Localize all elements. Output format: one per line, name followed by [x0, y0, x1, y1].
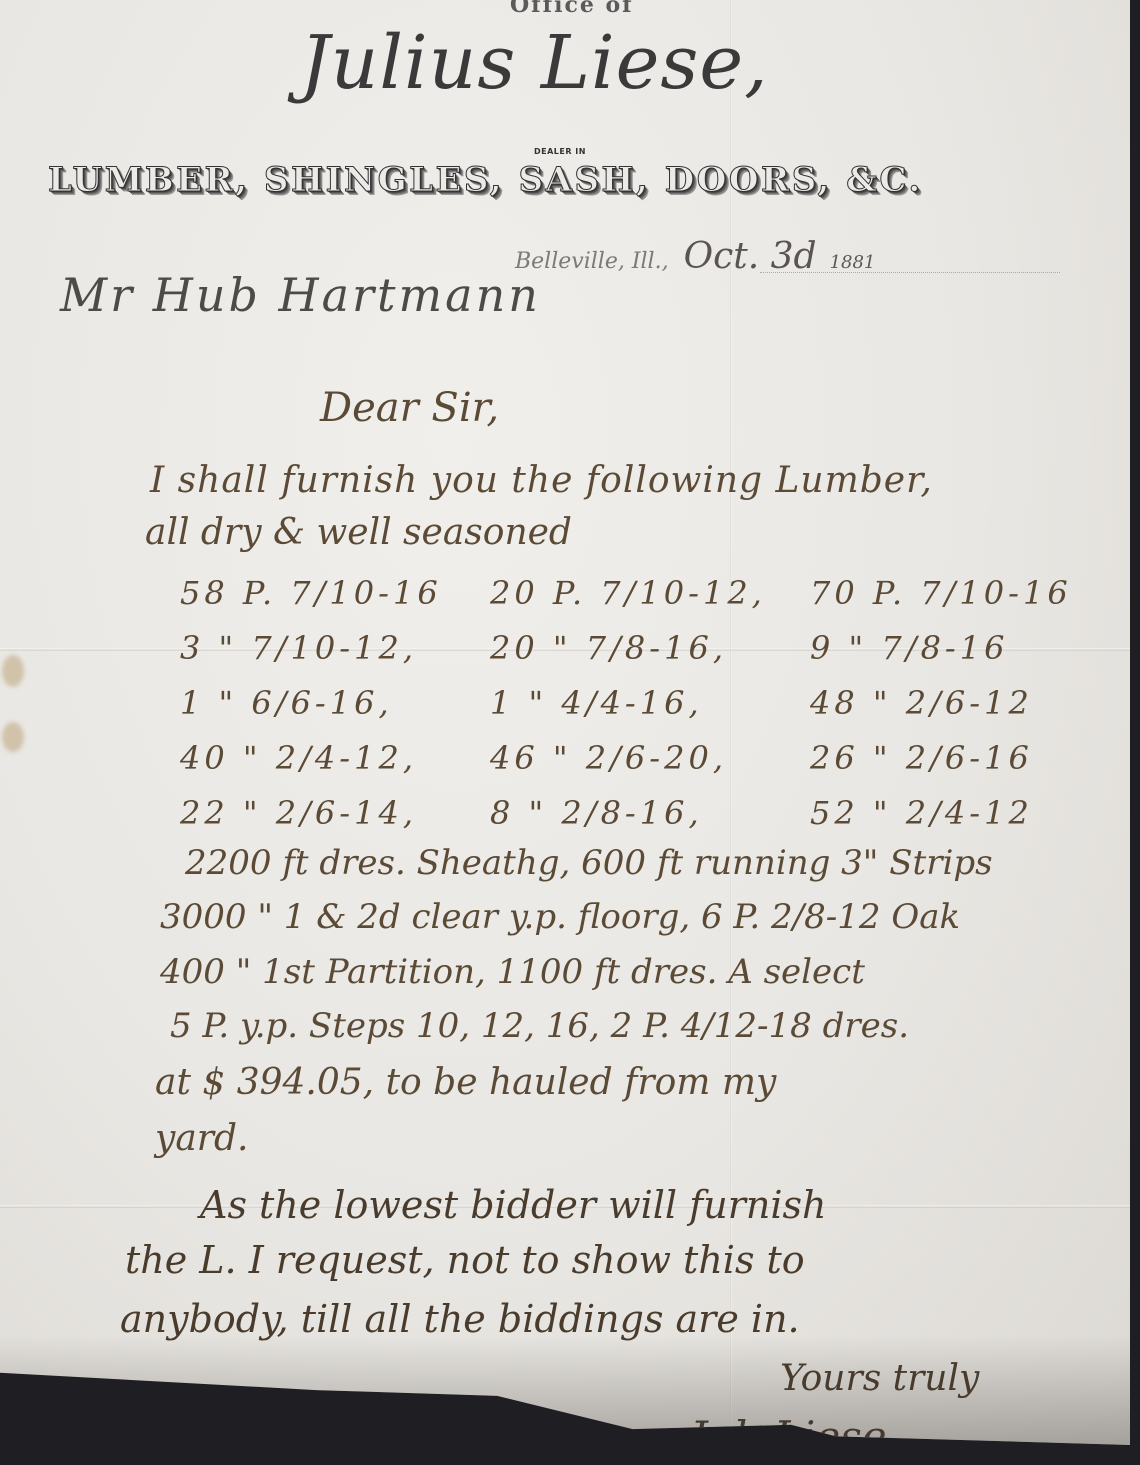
- lumber-row: 40 " 2/4-12, 46 " 2/6-20, 26 " 2/6-16: [180, 730, 1080, 785]
- lumber-item: 20 " 7/8-16,: [490, 629, 810, 667]
- detail-line: 5 P. y.p. Steps 10, 12, 16, 2 P. 4/12-18…: [170, 1006, 909, 1046]
- lumber-item: 48 " 2/6-12: [810, 684, 1080, 722]
- lumber-item: 52 " 2/4-12: [810, 794, 1080, 832]
- lumber-item: 22 " 2/6-14,: [180, 794, 490, 832]
- lumber-item: 9 " 7/8-16: [810, 629, 1080, 667]
- salutation: Dear Sir,: [320, 385, 499, 431]
- dateline-year: 1881: [830, 252, 876, 273]
- detail-line: yard.: [155, 1118, 249, 1159]
- letterhead-office-of: Office of: [510, 0, 634, 18]
- lumber-item: 3 " 7/10-12,: [180, 629, 490, 667]
- lumber-item: 1 " 6/6-16,: [180, 684, 490, 722]
- letterhead-goods: LUMBER, SHINGLES, SASH, DOORS, &C.: [48, 160, 923, 200]
- lumber-item: 20 P. 7/10-12,: [490, 574, 810, 612]
- lumber-row: 58 P. 7/10-16 20 P. 7/10-12, 70 P. 7/10-…: [180, 565, 1080, 620]
- lumber-item: 58 P. 7/10-16: [180, 574, 490, 612]
- lumber-item: 40 " 2/4-12,: [180, 739, 490, 777]
- letterhead-dealer-in: DEALER IN: [534, 147, 586, 156]
- detail-line: 400 " 1st Partition, 1100 ft dres. A sel…: [160, 952, 865, 992]
- letterhead-firm-name: Julius Liese,: [300, 20, 769, 106]
- lumber-item: 70 P. 7/10-16: [810, 574, 1080, 612]
- price-line: at $ 394.05, to be hauled from my: [155, 1062, 776, 1103]
- signature: Jul. Liese: [690, 1412, 887, 1461]
- detail-line: 2200 ft dres. Sheathg, 600 ft running 3"…: [185, 843, 993, 883]
- lumber-row: 1 " 6/6-16, 1 " 4/4-16, 48 " 2/6-12: [180, 675, 1080, 730]
- age-stain: [2, 722, 24, 752]
- closing-line: the L. I request, not to show this to: [125, 1238, 805, 1282]
- lumber-row: 3 " 7/10-12, 20 " 7/8-16, 9 " 7/8-16: [180, 620, 1080, 675]
- valediction: Yours truly: [780, 1358, 979, 1399]
- dateline-rule: [760, 272, 1060, 273]
- intro-line: I shall furnish you the following Lumber…: [150, 460, 933, 501]
- closing-line: As the lowest bidder will furnish: [200, 1183, 826, 1227]
- dateline: Belleville, Ill., Oct. 3d 1881: [515, 236, 875, 277]
- closing-line: anybody, till all the biddings are in.: [120, 1297, 800, 1341]
- intro-line: all dry & well seasoned: [145, 512, 572, 553]
- letter-photograph: Office of Julius Liese, DEALER IN LUMBER…: [0, 0, 1140, 1465]
- age-stain: [2, 655, 24, 687]
- lumber-list: 58 P. 7/10-16 20 P. 7/10-12, 70 P. 7/10-…: [180, 565, 1080, 840]
- lumber-row: 22 " 2/6-14, 8 " 2/8-16, 52 " 2/4-12: [180, 785, 1080, 840]
- lumber-item: 46 " 2/6-20,: [490, 739, 810, 777]
- lumber-item: 26 " 2/6-16: [810, 739, 1080, 777]
- letter-paper: Office of Julius Liese, DEALER IN LUMBER…: [0, 0, 1130, 1445]
- dateline-date: Oct. 3d: [684, 236, 817, 277]
- addressee: Mr Hub Hartmann: [60, 268, 541, 322]
- detail-line: 3000 " 1 & 2d clear y.p. floorg, 6 P. 2/…: [160, 897, 960, 937]
- lumber-item: 8 " 2/8-16,: [490, 794, 810, 832]
- lumber-item: 1 " 4/4-16,: [490, 684, 810, 722]
